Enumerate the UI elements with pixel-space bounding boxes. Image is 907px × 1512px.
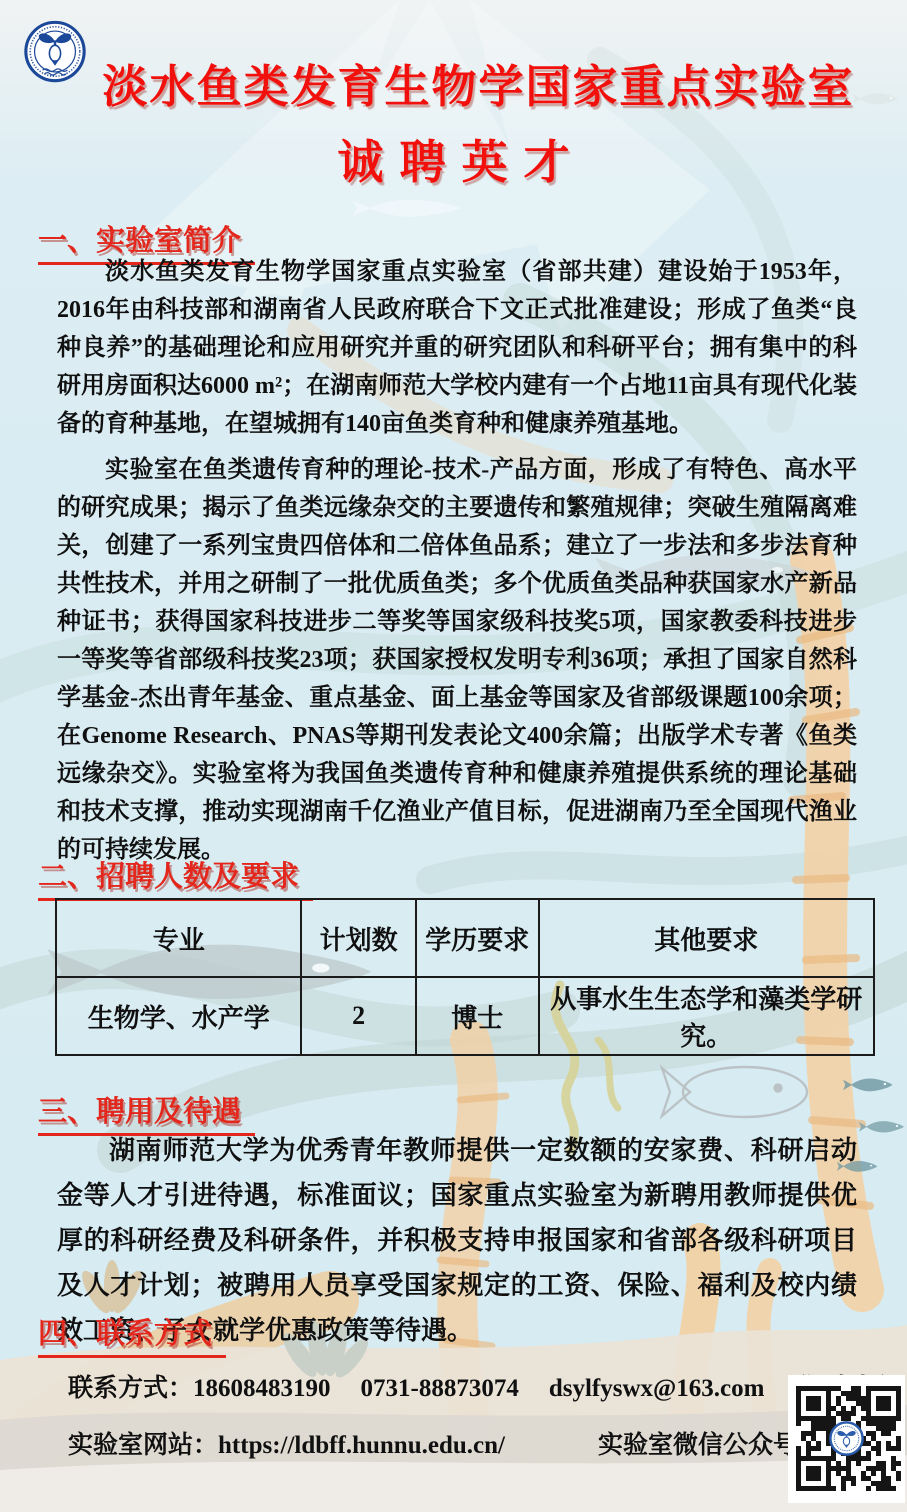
section1-body: 淡水鱼类发育生物学国家重点实验室（省部共建）建设始于1953年，2016年由科技… — [57, 253, 857, 877]
qr-center-emblem-icon — [829, 1421, 864, 1456]
website-label: 实验室网站： — [68, 1432, 218, 1459]
page-subtitle: 诚聘英才 — [0, 126, 907, 192]
section1-paragraph-2: 实验室在鱼类遗传育种的理论-技术-产品方面，形成了有特色、高水平的研究成果；揭示… — [57, 451, 857, 869]
table-header-row: 专业 计划数 学历要求 其他要求 — [56, 899, 874, 977]
page-title: 淡水鱼类发育生物学国家重点实验室 — [0, 50, 907, 115]
section1-paragraph-1: 淡水鱼类发育生物学国家重点实验室（省部共建）建设始于1953年，2016年由科技… — [57, 253, 857, 443]
section4-heading: 四、联系方式 — [38, 1311, 226, 1358]
table-header-other: 其他要求 — [539, 899, 874, 977]
table-cell-degree: 博士 — [416, 977, 539, 1055]
website-url: https://ldbff.hunnu.edu.cn/ — [218, 1432, 505, 1459]
table-header-plan-count: 计划数 — [301, 899, 416, 977]
table-cell-plan-count: 2 — [301, 977, 416, 1055]
table-row: 生物学、水产学 2 博士 从事水生生态学和藻类学研究。 — [56, 977, 874, 1055]
contact-label: 联系方式： — [68, 1375, 193, 1402]
table-header-major: 专业 — [56, 899, 301, 977]
contact-phone-1: 18608483190 — [193, 1375, 331, 1402]
contact-phone-2: 0731-88873074 — [361, 1375, 519, 1402]
contact-email: dsylfyswx@163.com — [549, 1375, 765, 1402]
contact-line: 联系方式：186084831900731-88873074dsylfyswx@1… — [68, 1368, 905, 1404]
section2-heading: 二、招聘人数及要求 — [38, 854, 313, 901]
website-line: 实验室网站：https://ldbff.hunnu.edu.cn/ — [68, 1425, 505, 1461]
table-cell-major: 生物学、水产学 — [56, 977, 301, 1055]
recruitment-table: 专业 计划数 学历要求 其他要求 生物学、水产学 2 博士 从事水生生态学和藻类… — [55, 898, 875, 1056]
wechat-qr-code — [788, 1375, 905, 1503]
table-header-degree: 学历要求 — [416, 899, 539, 977]
table-cell-other: 从事水生生态学和藻类学研究。 — [539, 977, 874, 1055]
